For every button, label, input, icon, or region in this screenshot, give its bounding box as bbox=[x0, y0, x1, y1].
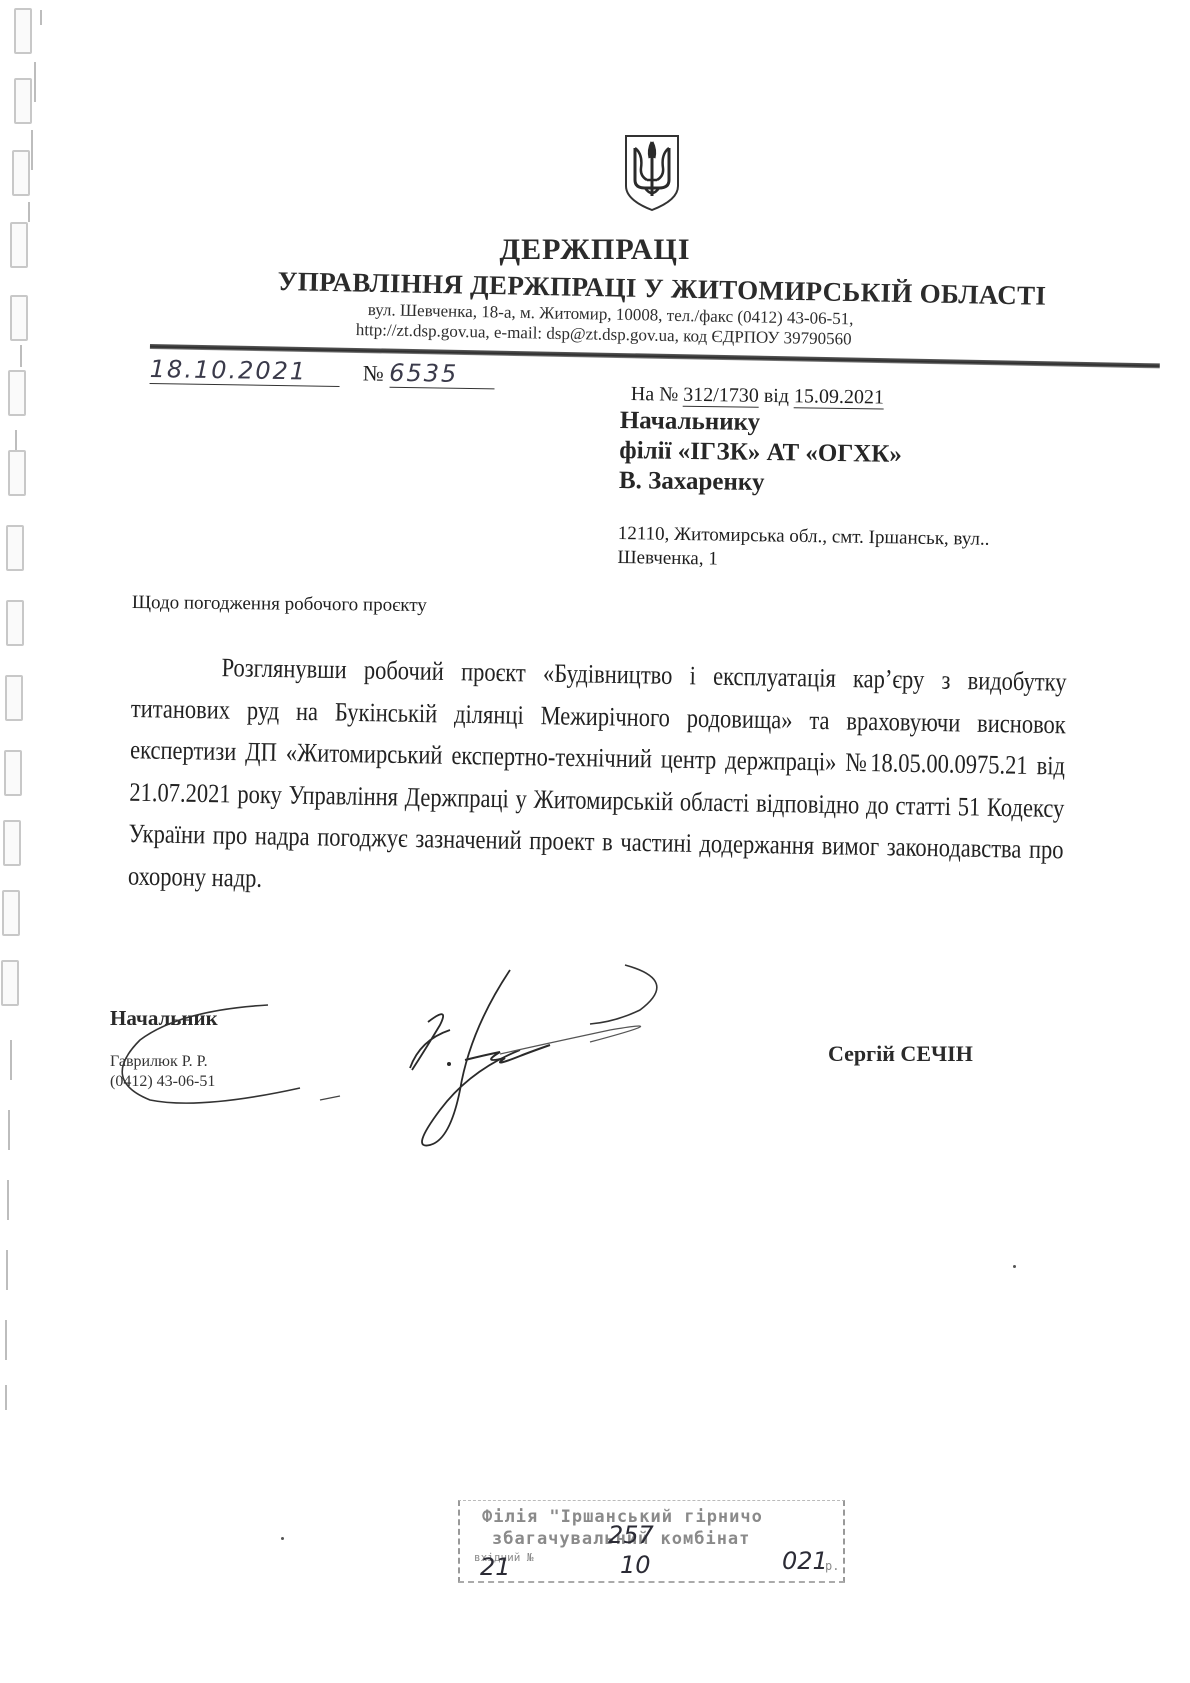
binder-hole bbox=[10, 295, 28, 341]
number-label: № bbox=[363, 360, 384, 385]
recipient-position: Начальнику bbox=[620, 406, 903, 440]
outgoing-number: 6535 bbox=[389, 359, 494, 390]
binder-hole bbox=[14, 8, 32, 54]
incoming-registration-stamp: Філія "Іршанський гірничо збагачувальний… bbox=[458, 1500, 845, 1583]
binder-mark bbox=[34, 62, 36, 102]
letter-body: Розглянувши робочий проєкт «Будівництво … bbox=[128, 645, 1067, 913]
binder-hole bbox=[5, 675, 23, 721]
binder-hole bbox=[14, 78, 32, 124]
binder-hole bbox=[1, 960, 19, 1006]
binder-mark bbox=[20, 345, 22, 367]
recipient-name: В. Захаренку bbox=[619, 466, 902, 500]
outgoing-registration: 18.10.2021 № 6535 bbox=[150, 355, 495, 389]
binder-mark bbox=[6, 1250, 8, 1290]
stamp-year-suffix: р. bbox=[825, 1559, 839, 1573]
scan-speck bbox=[1013, 1265, 1016, 1268]
outgoing-date: 18.10.2021 bbox=[150, 355, 340, 387]
recipient-block: Начальнику філії «ІГЗК» АТ «ОГХК» В. Зах… bbox=[619, 406, 903, 500]
stamp-day: 21 bbox=[480, 1553, 511, 1581]
binder-hole bbox=[6, 600, 24, 646]
binder-hole bbox=[12, 150, 30, 196]
binder-hole bbox=[6, 525, 24, 571]
recipient-organization: філії «ІГЗК» АТ «ОГХК» bbox=[619, 436, 902, 470]
reply-number: 312/1730 bbox=[683, 384, 759, 408]
reply-reference: На № 312/1730 від 15.09.2021 bbox=[631, 383, 884, 410]
binder-mark bbox=[7, 1180, 9, 1220]
handwritten-signature bbox=[120, 960, 720, 1160]
binder-hole bbox=[2, 890, 20, 936]
binder-mark bbox=[31, 130, 33, 170]
agency-name: ДЕРЖПРАЦІ bbox=[0, 233, 1190, 267]
binder-mark bbox=[8, 1110, 10, 1150]
binder-hole bbox=[3, 820, 21, 866]
binder-mark bbox=[10, 1040, 12, 1080]
binder-hole bbox=[8, 450, 26, 496]
stamp-year: 021 bbox=[782, 1547, 828, 1575]
reply-from-label: від bbox=[764, 385, 789, 407]
binder-mark bbox=[40, 10, 42, 25]
binder-mark bbox=[5, 1320, 7, 1360]
tryzub-emblem-icon bbox=[623, 134, 681, 212]
binder-mark bbox=[28, 202, 30, 222]
body-paragraph: Розглянувши робочий проєкт «Будівництво … bbox=[128, 645, 1067, 913]
binder-hole bbox=[4, 750, 22, 796]
reply-prefix: На № bbox=[631, 383, 679, 406]
binder-mark bbox=[15, 430, 17, 450]
stamp-incoming-number: 257 bbox=[608, 1521, 654, 1549]
scan-speck bbox=[281, 1537, 284, 1540]
binder-hole bbox=[8, 370, 26, 416]
letter-subject: Щодо погодження робочого проєкту bbox=[132, 592, 427, 617]
stamp-month: 10 bbox=[620, 1551, 651, 1579]
recipient-address: 12110, Житомирська обл., смт. Іршанськ, … bbox=[617, 522, 989, 576]
signatory-name: Сергій СЕЧІН bbox=[828, 1041, 973, 1067]
binder-mark bbox=[5, 1385, 7, 1410]
reply-date: 15.09.2021 bbox=[794, 385, 884, 409]
